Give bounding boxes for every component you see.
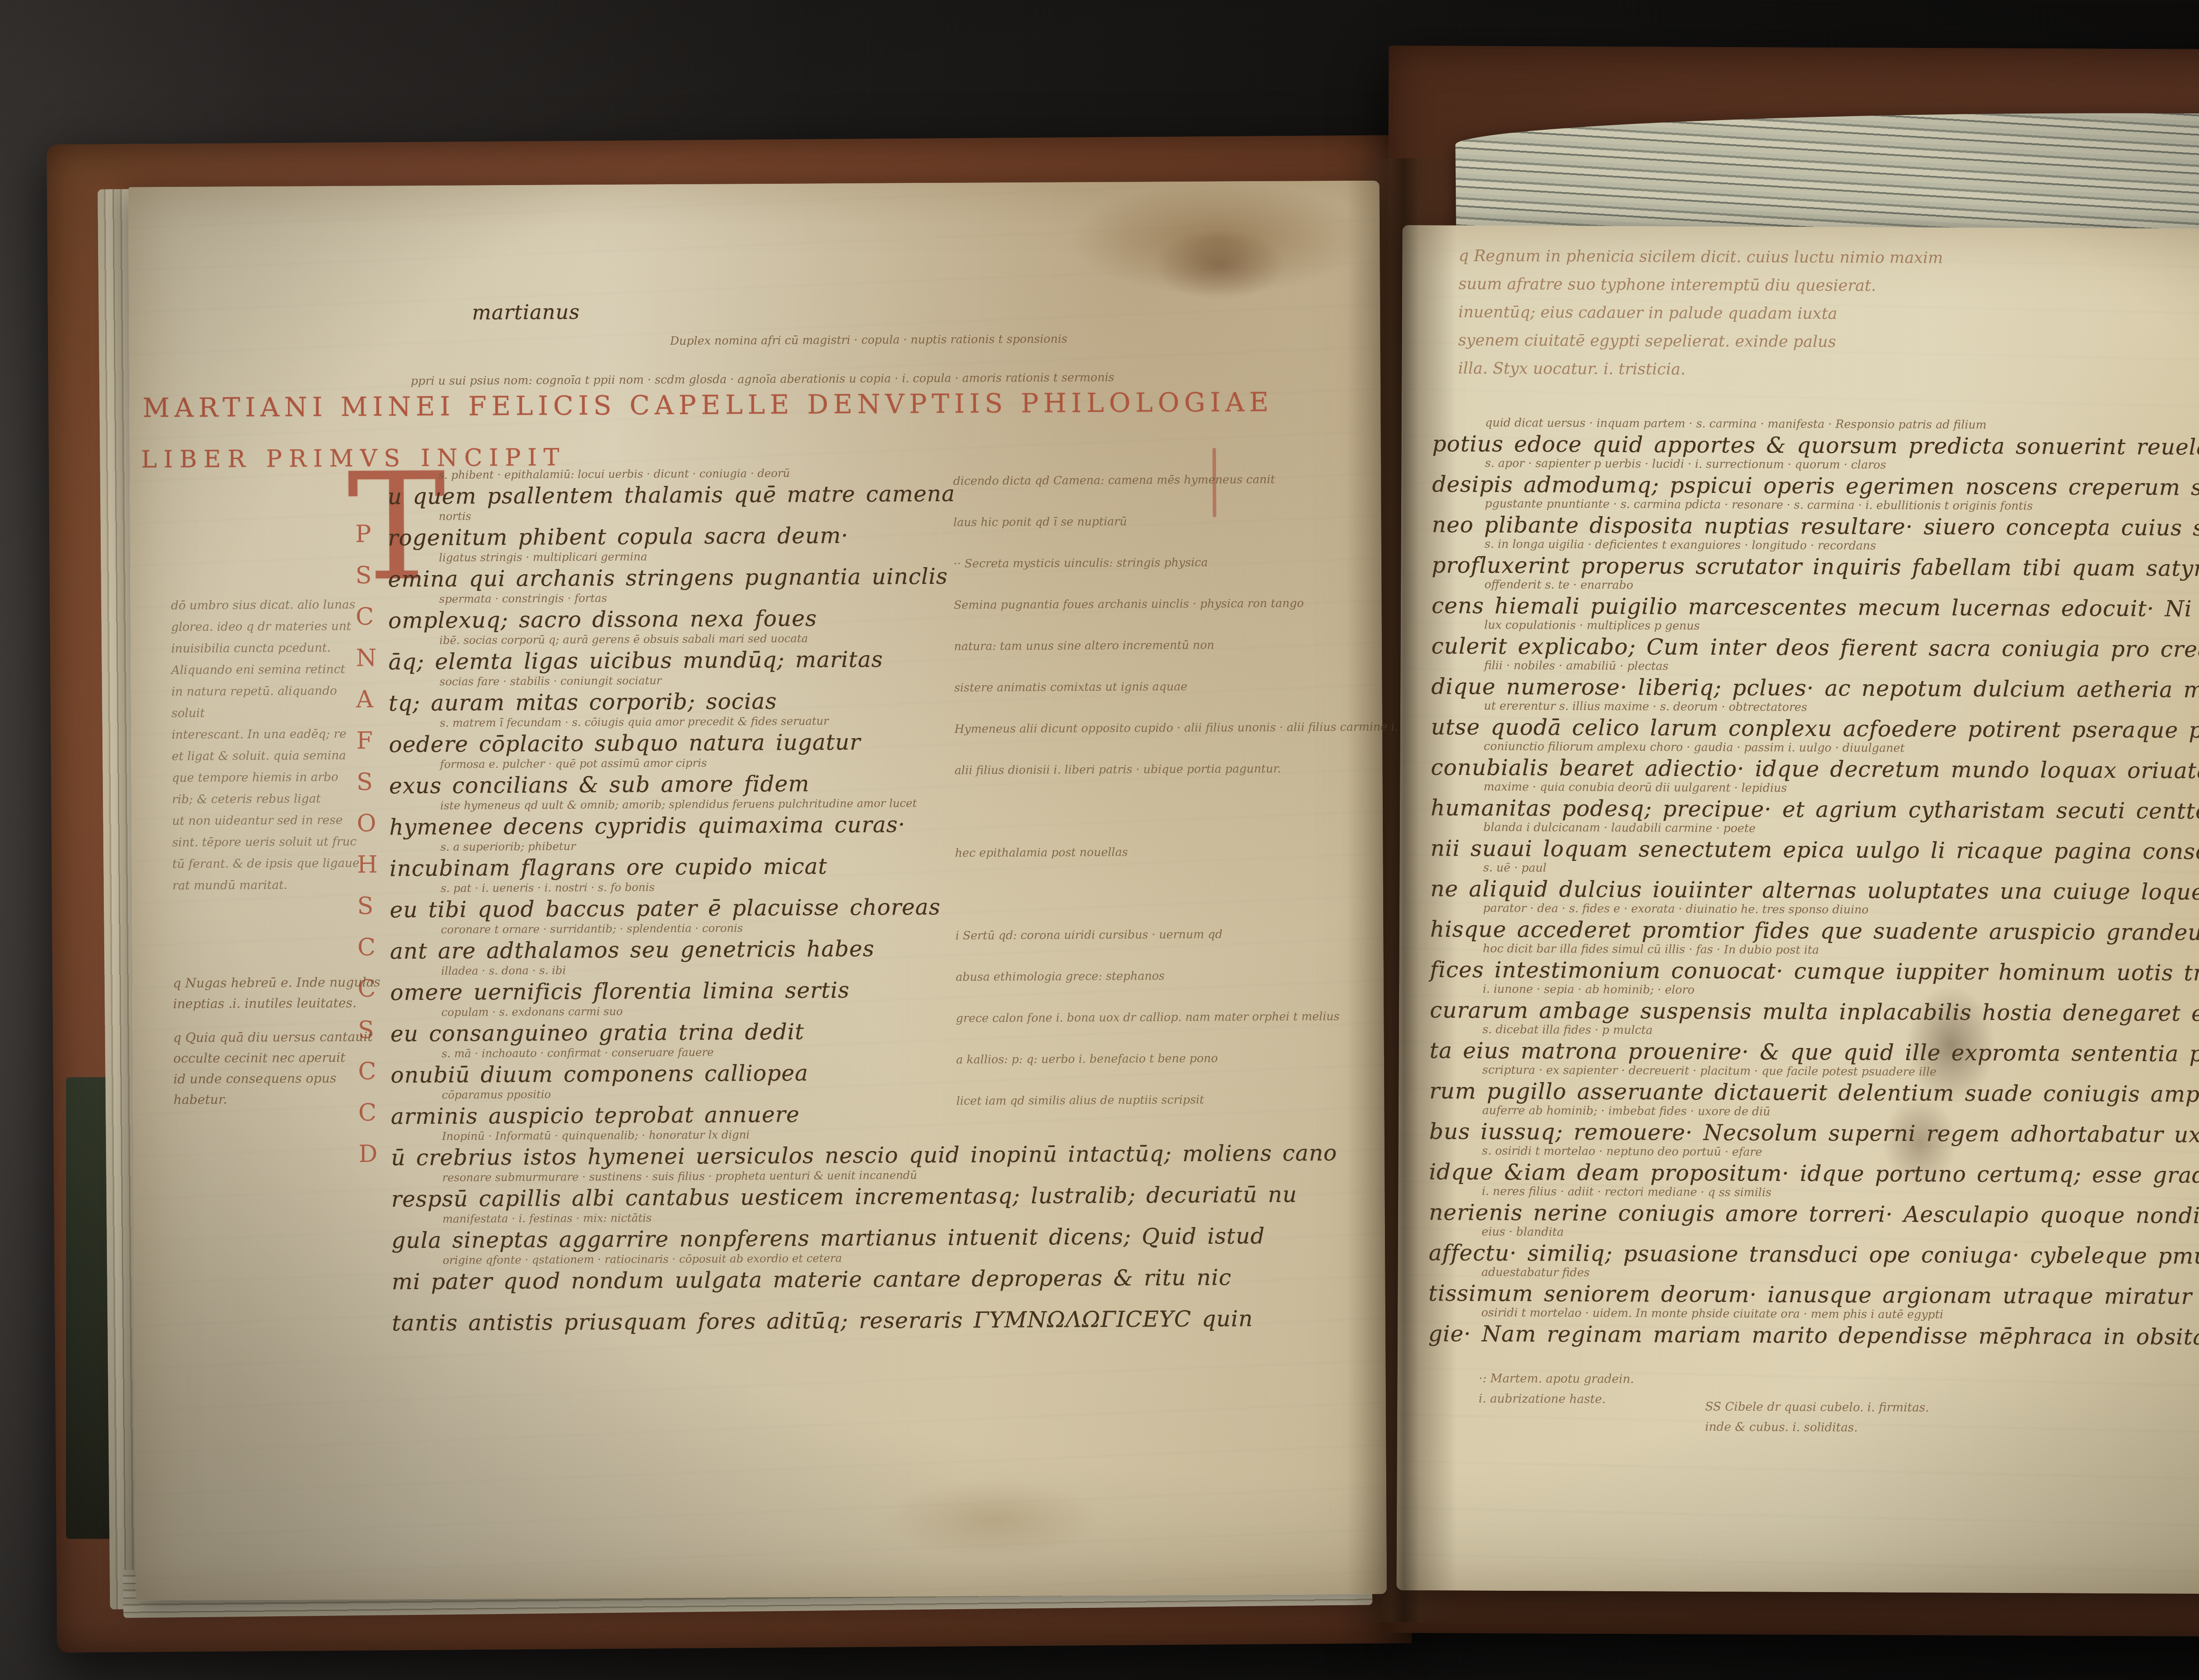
interlinear-gloss: spermata · constringis · fortas	[439, 592, 607, 605]
side-gloss: hec epithalamia post nouellas	[955, 846, 1128, 860]
interlinear-gloss: hoc dicit bar illa fides simul cū illis …	[1483, 942, 1819, 957]
line-text: curarum ambage suspensis multa inplacabi…	[1430, 997, 2199, 1026]
side-gloss: laus hic ponit qd ī se nuptiarū	[953, 515, 1127, 529]
stain	[883, 1479, 1103, 1560]
verse-text: u quem psallentem thalamis quē matre cam…	[387, 481, 955, 510]
interlinear-gloss: ligatus stringis · multiplicari germina	[439, 550, 647, 564]
prose-text: respsū capillis albi cantabus uesticem i…	[391, 1182, 1297, 1212]
prose-line: resonare submurmurare · sustinens · suis…	[358, 1168, 1440, 1215]
interlinear-gloss: eius · blandita	[1482, 1225, 1564, 1239]
side-gloss: natura: tam unus sine altero incrementū …	[954, 639, 1214, 653]
verse-text: ū crebrius istos hymenei uersiculos nesc…	[391, 1140, 1337, 1170]
text-block: quid dicat uersus · inquam partem · s. c…	[1428, 419, 2199, 1353]
line-text: hisque accederet promtior fides que suad…	[1430, 916, 2199, 946]
interlinear-gloss: s. dicebat illa fides · p mulcta	[1483, 1023, 1653, 1037]
verse-text: tq; auram mitas corporib; socias	[389, 689, 777, 716]
interlinear-gloss: s. mā · inchoauto · confirmat · conserua…	[442, 1046, 714, 1060]
line-text: bus iussuq; remouere· Necsolum superni r…	[1429, 1119, 2199, 1148]
verse-line: P nortis rogenitum phibent copula sacra …	[355, 507, 1380, 554]
line-text: dique numerose· liberiq; pclues· ac nepo…	[1431, 674, 2199, 703]
interlinear-gloss: nortis	[438, 510, 471, 522]
line-text: profluxerint properus scrutator inquiris…	[1432, 552, 2199, 582]
interlinear-gloss: copulam · s. exdonans carmi suo	[441, 1005, 623, 1019]
interlinear-gloss: Inopinū · Informatū · quinquenalib; · ho…	[442, 1128, 750, 1143]
header-note: martianus	[472, 300, 580, 324]
verse-line: O iste hymeneus qd uult & omnib; amorib;…	[357, 796, 1381, 843]
verse-line: F s. matrem ī fecundam · s. cōiugis quia…	[356, 714, 1381, 760]
verse-line: C spermata · constringis · fortas omplex…	[355, 590, 1380, 636]
interlinear-gloss: coniunctio filiorum amplexu choro · gaud…	[1484, 740, 1905, 755]
interlinear-gloss: iste hymeneus qd uult & omnib; amorib; s…	[440, 797, 917, 812]
left-page: martianus Duplex nomina afri cū magistri…	[128, 181, 1387, 1601]
text-line: osiridi t mortelao · uidem. In monte phs…	[1428, 1308, 2199, 1353]
line-text: humanitas podesq; precipue· et agrium cy…	[1431, 795, 2199, 824]
side-gloss: abusa ethimologia grece: stephanos	[956, 969, 1165, 984]
side-gloss: sistere animatis comixtas ut ignis aquae	[954, 680, 1187, 695]
side-gloss: Hymeneus alii dicunt opposito cupido · a…	[954, 720, 1448, 736]
interlinear-gloss: coronare t ornare · surridantib; · splen…	[441, 922, 743, 936]
line-text: culerit explicabo; Cum inter deos fieren…	[1431, 633, 2199, 663]
book-title-rubric: MARTIANI MINEI FELICIS CAPELLE DENVPTIIS…	[142, 386, 1370, 424]
interlinear-gloss: s. phibent · epithalamiū: locui uerbis ·…	[438, 467, 790, 481]
interlinear-gloss: resonare submurmurare · sustinens · suis…	[442, 1169, 917, 1184]
side-gloss: dicendo dicta qd Camena: camena mēs hyme…	[953, 473, 1275, 488]
verse-text: omere uernificis florentia limina sertis	[390, 977, 850, 1005]
line-text: neo plibante disposita nuptias resultare…	[1432, 512, 2199, 542]
verse-text: exus concilians & sub amore fidem	[389, 771, 810, 798]
prose-block: resonare submurmurare · sustinens · suis…	[358, 1168, 1441, 1339]
line-text: affectu· similiq; psuasione transduci op…	[1428, 1240, 2199, 1269]
margin-note: q Quia quā diu uersus cantauit occulte c…	[173, 1026, 402, 1110]
interlinear-gloss: offenderit s. te · enarrabo	[1484, 578, 1633, 592]
line-text: rum pugillo asseruante dictauerit delent…	[1429, 1078, 2199, 1107]
interlinear-gloss: s. apor · sapienter p uerbis · lucidi · …	[1485, 457, 1886, 472]
verse-block: s. phibent · epithalamiū: locui uerbis ·…	[355, 466, 1383, 1173]
prose-line: origine qfonte · qstationem · ratiocinar…	[359, 1250, 1441, 1297]
prose-text: mi pater quod nondum uulgata materie can…	[391, 1265, 1231, 1294]
prose-line: manifestata · i. festinas · mix: nictāti…	[359, 1209, 1441, 1256]
line-text: idque &iam deam propositum· idque portun…	[1429, 1159, 2199, 1188]
interlinear-gloss: i. neres filius · adiit · rectori median…	[1482, 1185, 1772, 1199]
verse-text: eu consanguineo gratia trina dedit	[391, 1019, 804, 1046]
interlinear-gloss: origine qfonte · qstationem · ratiocinar…	[442, 1252, 842, 1267]
interlinear-gloss: scriptura · ex sapienter · decreuerit · …	[1482, 1064, 1936, 1079]
interlinear-gloss: aduestabatur fides	[1481, 1266, 1589, 1279]
stain	[1070, 181, 1369, 297]
verse-text: onubiū diuum componens calliopea	[391, 1060, 808, 1088]
verse-text: eu tibi quod baccus pater ē placuisse ch…	[390, 894, 941, 923]
line-text: desipis admodumq; pspicui operis egerime…	[1432, 471, 2199, 501]
interlinear-gloss: s. in longa uigilia · deficientes t exan…	[1485, 538, 1876, 553]
verse-initial: S	[357, 892, 385, 919]
line-text: ta eius matrona prouenire· & que quid il…	[1429, 1038, 2199, 1067]
stain	[1153, 230, 1286, 301]
line-text: fices intestimonium conuocat· cumque iup…	[1430, 957, 2199, 986]
interlinear-gloss: ut ererentur s. illius maxime · s. deoru…	[1484, 700, 1807, 714]
verse-line: C s. mā · inchoauto · confirmat · conser…	[358, 1044, 1383, 1091]
verse-line: S s. pat · i. ueneris · i. nostri · s. f…	[357, 879, 1382, 926]
verse-line: D Inopinū · Informatū · quinquenalib; · …	[358, 1127, 1383, 1173]
interlinear-gloss: osiridi t mortelao · uidem. In monte phs…	[1481, 1306, 1943, 1322]
side-gloss: a kallios: p: q: uerbo i. benefacio t be…	[956, 1052, 1218, 1067]
interlinear-gloss: s. osiridi t mortelao · neptuno deo port…	[1482, 1144, 1762, 1159]
interlinear-gloss: lux copulationis · multiplices p genus	[1484, 619, 1700, 633]
verse-text: omplexuq; sacro dissona nexa foues	[388, 605, 817, 633]
verse-line: N ibē. socias corporū q; aurā gerens ē o…	[356, 631, 1381, 678]
interlinear-gloss: s. matrem ī fecundam · s. cōiugis quia a…	[440, 714, 829, 729]
verse-line: A socias fare · stabilis · coniungit soc…	[356, 672, 1381, 719]
interlinear-gloss: filii · nobiles · amabiliū · plectas	[1484, 659, 1668, 673]
interlinear-gloss: maxime · quia conubia deorū dii uulgaren…	[1483, 780, 1787, 795]
line-text: potius edoce quid apportes & quorsum pre…	[1432, 431, 2199, 461]
right-page: q Regnum in phenicia sicilem dicit. cuiu…	[1396, 225, 2199, 1596]
line-text: conubialis bearet adiectio· idque decret…	[1431, 754, 2199, 784]
interlinear-gloss: pgustante pnuntiante · s. carmina pdicta…	[1485, 497, 2033, 513]
verse-line: C cōparamus ppositio arminis auspicio te…	[358, 1086, 1383, 1132]
verse-line: C illadea · s. dona · s. ibi omere uerni…	[358, 962, 1382, 1008]
title-gloss: ppri u sui psius nom: cognoīa t ppii nom…	[411, 371, 1114, 388]
line-text: nii suaui loquam senectutem epica uulgo …	[1430, 835, 2199, 865]
interlinear-gloss: ibē. socias corporū q; aurā gerens ē obs…	[439, 632, 808, 646]
margin-note: q Nugas hebreū e. Inde nugulas ineptias …	[173, 972, 393, 1014]
bottom-note: ·: Martem. apotu gradein. i. aubrization…	[1479, 1369, 1634, 1410]
prose-text: tantis antistis priusquam fores aditūq; …	[392, 1306, 1253, 1336]
prose-text: gula sineptas aggarrire nonpferens marti…	[391, 1223, 1265, 1253]
verse-line: H s. a superiorib; phibetur incubinam fl…	[357, 838, 1381, 884]
line-text: cens hiemali puigilio marcescentes mecum…	[1432, 593, 2199, 622]
interlinear-gloss: s. pat · i. ueneris · i. nostri · s. fo …	[441, 881, 655, 895]
line-text: tissimum seniorem deorum· ianusque argio…	[1428, 1280, 2199, 1309]
title-gloss: Duplex nomina afri cū magistri · copula …	[670, 332, 1067, 348]
side-gloss: i Sertū qd: corona uiridi cursibus · uer…	[955, 928, 1222, 942]
interlinear-gloss: s. uē · paul	[1483, 861, 1546, 875]
verse-line: S formosa e. pulcher · quē pot assimū am…	[356, 755, 1381, 802]
verse-initial: C	[357, 933, 385, 961]
interlinear-gloss: i. iunone · sepia · ab hominib; · eloro	[1483, 983, 1695, 997]
interlinear-gloss: illadea · s. dona · s. ibi	[441, 964, 566, 977]
side-gloss: licet iam qd similis alius de nuptiis sc…	[956, 1093, 1204, 1108]
interlinear-gloss: cōparamus ppositio	[442, 1088, 551, 1101]
interlinear-gloss: s. a superiorib; phibetur	[440, 840, 576, 853]
interlinear-gloss: quid dicat uersus · inquam partem · s. c…	[1485, 416, 1987, 432]
verse-line: S ligatus stringis · multiplicari germin…	[355, 548, 1380, 595]
line-text: nerienis nerine coniugis amore torreri· …	[1429, 1199, 2199, 1228]
verse-line: C coronare t ornare · surridantib; · spl…	[357, 920, 1382, 967]
interlinear-gloss: manifestata · i. festinas · mix: nictāti…	[442, 1211, 652, 1225]
verse-line: s. phibent · epithalamiū: locui uerbis ·…	[355, 466, 1380, 512]
bottom-note: SS Cibele dr quasi cubelo. i. firmitas. …	[1705, 1397, 1929, 1438]
line-text: ne aliquid dulcius iouiinter alternas uo…	[1430, 876, 2199, 905]
margin-gloss-column: dō umbro sius dicat. alio lunas glorea. …	[171, 594, 370, 896]
verse-text: arminis auspicio teprobat annuere	[391, 1102, 800, 1130]
interlinear-gloss: socias fare · stabilis · coniungit socia…	[439, 674, 661, 688]
interlinear-gloss: blanda i dulcicanam · laudabili carmine …	[1483, 821, 1756, 835]
verse-text: incubinam flagrans ore cupido micat	[390, 853, 828, 881]
interlinear-gloss: auferre ab hominib; · imbebat fides · ux…	[1482, 1104, 1770, 1119]
interlinear-gloss: formosa e. pulcher · quē pot assimū amor…	[440, 757, 707, 771]
verse-initial: S	[355, 561, 384, 589]
verse-initial: P	[355, 520, 384, 547]
verse-initial: D	[358, 1140, 387, 1167]
verse-text: emina qui archanis stringens pugnantia u…	[388, 564, 948, 592]
verse-text: hymenee decens cypridis quimaxima curas·	[389, 812, 906, 840]
line-text: gie· Nam reginam mariam marito dependiss…	[1428, 1321, 2199, 1350]
verse-text: ant are adthalamos seu genetricis habes	[390, 936, 875, 964]
side-gloss: ·· Secreta mysticis uinculis: stringis p…	[953, 556, 1208, 571]
side-gloss: Semina pugnantia foues archanis uinclis …	[954, 597, 1304, 612]
line-text: utse quodā celico larum conplexu acfoede…	[1431, 714, 2199, 743]
interlinear-gloss: parator · dea · s. fides e · exorata · d…	[1483, 902, 1869, 917]
top-gloss: q Regnum in phenicia sicilem dicit. cuiu…	[1458, 242, 1943, 385]
prose-line: tantis antistis priusquam fores aditūq; …	[359, 1292, 1441, 1339]
verse-text: rogenitum phibent copula sacra deum·	[388, 523, 849, 550]
side-gloss: alii filius dionisii i. liberi patris · …	[954, 762, 1281, 777]
verse-text: oedere cōplacito subquo natura iugatur	[389, 729, 861, 758]
side-gloss: grece calon fone i. bona uox dr calliop.…	[956, 1010, 1339, 1025]
verse-text: āq; elemta ligas uicibus mundūq; maritas	[388, 646, 883, 674]
manuscript-photo: martianus Duplex nomina afri cū magistri…	[0, 0, 2199, 1680]
verse-line: S copulam · s. exdonans carmi suo eu con…	[358, 1003, 1382, 1050]
